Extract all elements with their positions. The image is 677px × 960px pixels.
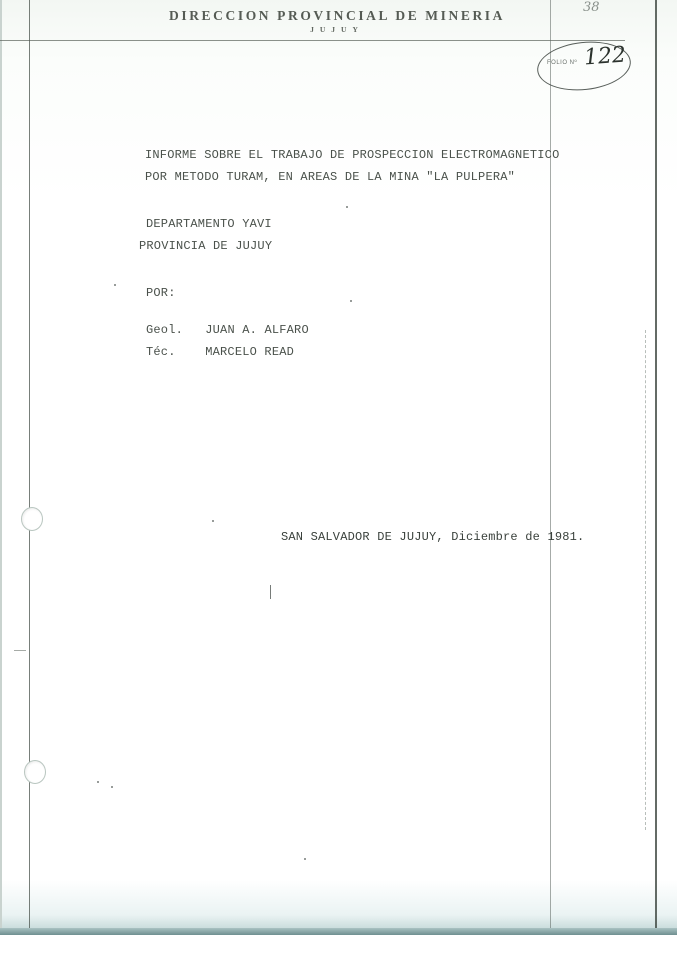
folio-number: 122 [583,43,627,71]
letterhead-title: DIRECCION PROVINCIAL DE MINERIA [132,8,542,24]
margin-tick [14,650,26,651]
report-title-line-1: INFORME SOBRE EL TRABAJO DE PROSPECCION … [145,148,559,162]
scan-speck [346,206,348,208]
author-title: Téc. [146,345,176,359]
author-title: Geol. [146,323,183,337]
corner-handwritten-mark: 38 [583,0,600,15]
page-left-edge [0,0,2,935]
header-rule [0,40,625,41]
right-edge-line [655,0,657,935]
scanned-page: DIRECCION PROVINCIAL DE MINERIA JUJUY 38… [0,0,677,935]
department: DEPARTAMENTO YAVI [146,217,272,231]
punch-hole-icon [21,507,43,531]
punch-hole-icon [24,760,46,784]
place-and-date: SAN SALVADOR DE JUJUY, Diciembre de 1981… [281,530,584,544]
author-name: JUAN A. ALFARO [205,323,309,337]
left-margin-line [29,0,30,935]
folio-stamp-label: FOLIO Nº [547,60,577,66]
scan-speck [212,520,214,522]
author-row: Geol. JUAN A. ALFARO [146,323,309,337]
right-margin-line [550,0,551,935]
scan-speck [111,786,113,788]
report-title-line-2: POR METODO TURAM, EN AREAS DE LA MINA "L… [145,170,515,184]
author-row: Téc. MARCELO READ [146,345,294,359]
scan-speck [114,284,116,286]
letterhead-subtitle: JUJUY [132,25,542,34]
scan-speck [97,781,99,783]
dashed-margin-line [645,330,647,830]
author-name: MARCELO READ [205,345,294,359]
page-bottom-edge [0,928,677,935]
scan-mark [270,585,271,599]
province: PROVINCIA DE JUJUY [139,239,272,253]
authors-label: POR: [146,286,176,300]
scan-speck [304,858,306,860]
scan-speck [350,300,352,302]
